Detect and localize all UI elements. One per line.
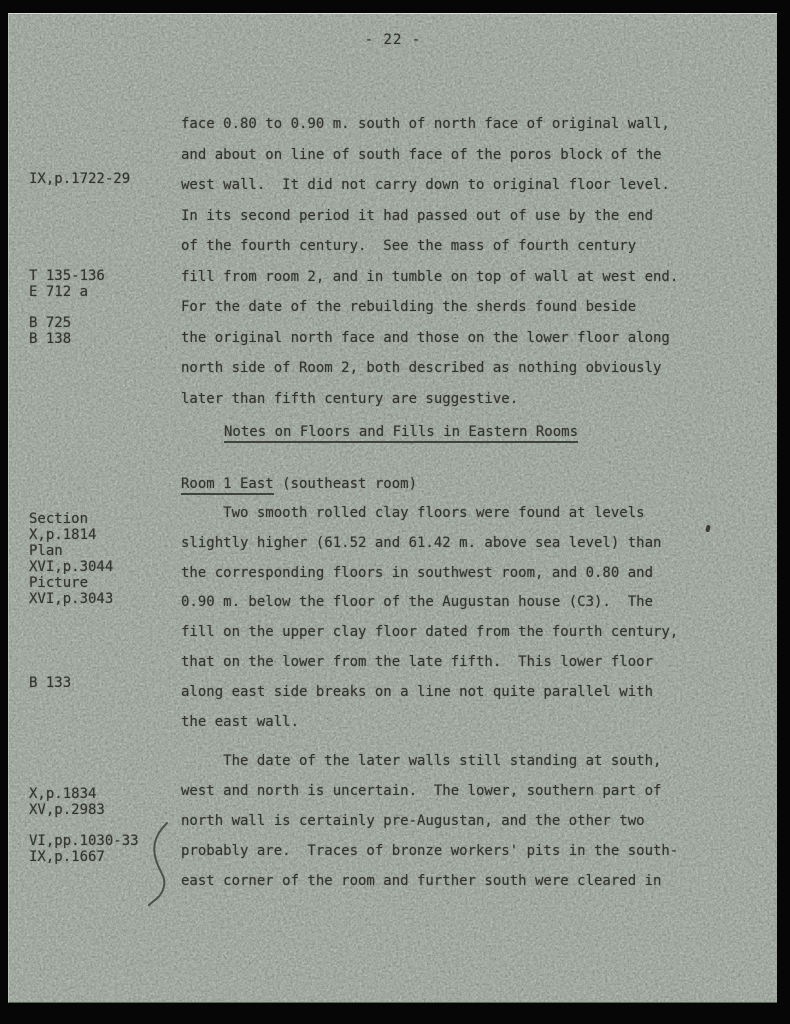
subheading-room-1-east: Room 1 East (southeast room) xyxy=(181,476,417,492)
paragraph-later-walls: The date of the later walls still standi… xyxy=(181,746,756,896)
body-text-line: face 0.80 to 0.90 m. south of north face… xyxy=(181,109,756,140)
margin-note-line: XV,p.2983 xyxy=(29,802,105,818)
margin-note-notebook-ref-5: B 133 xyxy=(29,675,71,691)
margin-note-line: VI,pp.1030-33 xyxy=(29,833,139,849)
body-text-line: the east wall. xyxy=(181,708,756,738)
body-text-line: the corresponding floors in southwest ro… xyxy=(181,559,756,589)
body-text-line: north side of Room 2, both described as … xyxy=(181,353,756,384)
body-text-line: of the fourth century. See the mass of f… xyxy=(181,231,756,262)
margin-note-line: XVI,p.3043 xyxy=(29,591,113,607)
section-heading: Notes on Floors and Fills in Eastern Roo… xyxy=(224,424,578,440)
margin-note-line: B 138 xyxy=(29,331,71,347)
body-text-line: 0.90 m. below the floor of the Augustan … xyxy=(181,588,756,618)
margin-note-notebook-ref-1: IX,p.1722-29 xyxy=(29,171,130,187)
margin-note-line: Plan xyxy=(29,543,113,559)
body-text-line: north wall is certainly pre-Augustan, an… xyxy=(181,806,756,836)
section-heading-text: Notes on Floors and Fills in Eastern Roo… xyxy=(224,424,578,443)
handwritten-brace-mark xyxy=(139,814,189,914)
margin-note-notebook-ref-3: B 725B 138 xyxy=(29,315,71,347)
margin-note-line: Section xyxy=(29,511,113,527)
margin-note-line: B 725 xyxy=(29,315,71,331)
margin-note-line: Picture xyxy=(29,575,113,591)
scanned-page-background: - 22 - IX,p.1722-29 T 135-136E 712 a B 7… xyxy=(0,0,790,1024)
margin-note-line: T 135-136 xyxy=(29,268,105,284)
body-text-line: The date of the later walls still standi… xyxy=(181,746,756,776)
margin-note-section-plan-picture: SectionX,p.1814PlanXVI,p.3044PictureXVI,… xyxy=(29,511,113,607)
body-text-line: and about on line of south face of the p… xyxy=(181,140,756,171)
body-text-line: east corner of the room and further sout… xyxy=(181,866,756,896)
body-text-line: the original north face and those on the… xyxy=(181,323,756,354)
margin-note-line: IX,p.1722-29 xyxy=(29,171,130,187)
body-text-line: In its second period it had passed out o… xyxy=(181,201,756,232)
body-text-line: fill from room 2, and in tumble on top o… xyxy=(181,262,756,293)
margin-note-line: X,p.1834 xyxy=(29,786,105,802)
margin-note-line: E 712 a xyxy=(29,284,105,300)
margin-note-line: B 133 xyxy=(29,675,71,691)
paragraph-clay-floors: Two smooth rolled clay floors were found… xyxy=(181,499,756,737)
subheading-parenthetical: (southeast room) xyxy=(274,476,417,492)
body-text-line: along east side breaks on a line not qui… xyxy=(181,678,756,708)
margin-note-notebook-ref-6: X,p.1834XV,p.2983 xyxy=(29,786,105,818)
body-text-line: that on the lower from the late fifth. T… xyxy=(181,648,756,678)
page-number: - 22 - xyxy=(9,32,777,48)
body-text-line: west and north is uncertain. The lower, … xyxy=(181,776,756,806)
body-text-line: Two smooth rolled clay floors were found… xyxy=(181,499,756,529)
typewritten-page: - 22 - IX,p.1722-29 T 135-136E 712 a B 7… xyxy=(8,13,777,1003)
body-text-line: probably are. Traces of bronze workers' … xyxy=(181,836,756,866)
body-text-line: fill on the upper clay floor dated from … xyxy=(181,618,756,648)
paragraph-rebuilding-wall: face 0.80 to 0.90 m. south of north face… xyxy=(181,109,756,414)
margin-note-line: X,p.1814 xyxy=(29,527,113,543)
body-text-line: west wall. It did not carry down to orig… xyxy=(181,170,756,201)
margin-note-notebook-ref-7: VI,pp.1030-33IX,p.1667 xyxy=(29,833,139,865)
subheading-underlined-text: Room 1 East xyxy=(181,476,274,495)
body-text-line: For the date of the rebuilding the sherd… xyxy=(181,292,756,323)
margin-note-line: IX,p.1667 xyxy=(29,849,139,865)
body-text-line: slightly higher (61.52 and 61.42 m. abov… xyxy=(181,529,756,559)
margin-note-line: XVI,p.3044 xyxy=(29,559,113,575)
margin-note-notebook-ref-2: T 135-136E 712 a xyxy=(29,268,105,300)
typed-content: - 22 - IX,p.1722-29 T 135-136E 712 a B 7… xyxy=(9,14,777,1002)
body-text-line: later than fifth century are suggestive. xyxy=(181,384,756,415)
